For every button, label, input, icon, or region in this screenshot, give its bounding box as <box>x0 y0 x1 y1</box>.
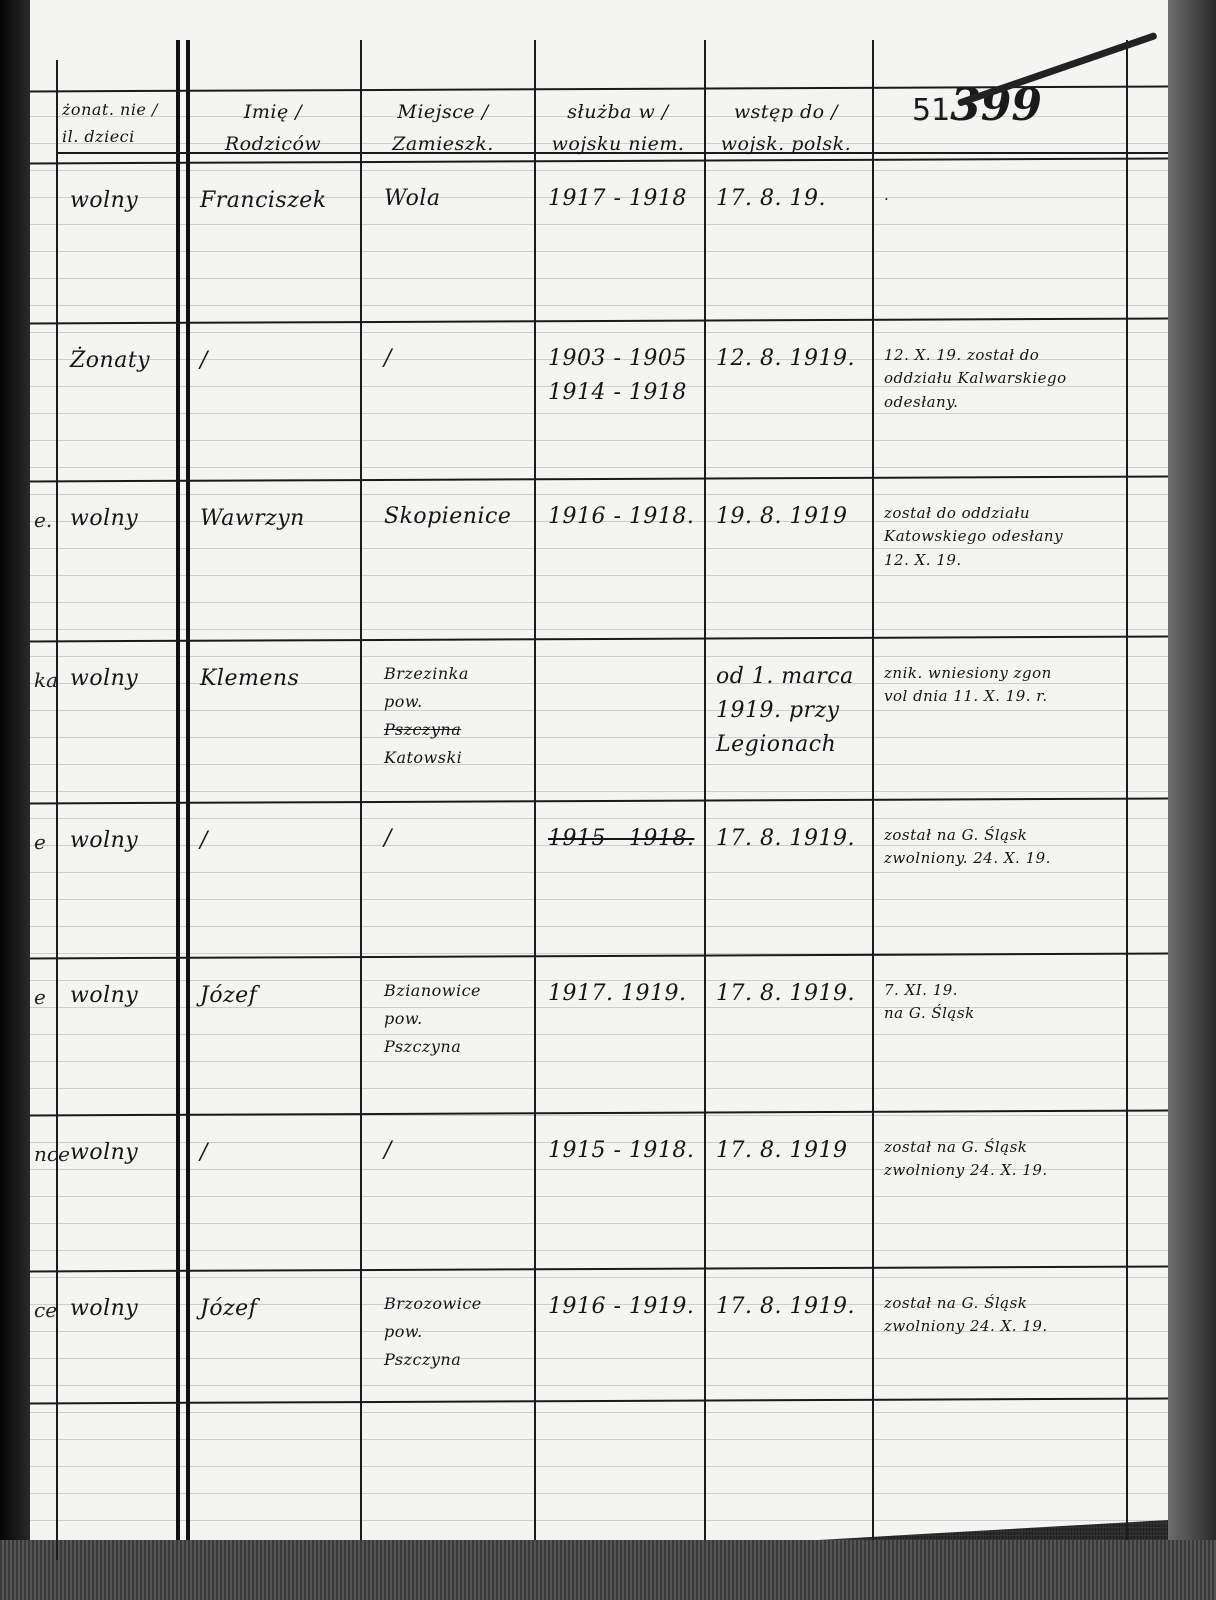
residence-line: / <box>384 1134 532 1168</box>
remarks-line: znik. wniesiony zgon <box>884 662 1124 685</box>
polish-enlistment-line: 17. 8. 1919 <box>716 1134 868 1168</box>
marital-status: wolny <box>70 1292 174 1326</box>
remarks: został na G. Śląskzwolniony. 24. X. 19. <box>884 824 1124 871</box>
polish-enlistment-line: od 1. marca <box>716 660 868 694</box>
polish-enlistment: 17. 8. 19. <box>716 182 868 216</box>
remarks: został na G. Śląskzwolniony 24. X. 19. <box>884 1292 1124 1339</box>
residence-line: Bzianowice <box>384 977 532 1005</box>
left-margin-fragment: e. <box>34 508 52 532</box>
remarks: 12. X. 19. został dooddziału Kalwarskieg… <box>884 344 1124 414</box>
remarks: został do oddziałuKatowskiego odesłany12… <box>884 502 1124 572</box>
parent-name-line: Wawrzyn <box>200 502 356 536</box>
polish-enlistment: 19. 8. 1919 <box>716 500 868 534</box>
register-page <box>30 0 1168 1585</box>
marital-status-line: wolny <box>70 979 174 1013</box>
polish-enlistment: 17. 8. 1919. <box>716 977 868 1011</box>
german-service-line: 1917. 1919. <box>548 977 698 1011</box>
remarks: znik. wniesiony zgonvol dnia 11. X. 19. … <box>884 662 1124 709</box>
marital-status: wolny <box>70 502 174 536</box>
marital-status: Żonaty <box>70 344 174 378</box>
residence-line: Brzozowice <box>384 1290 532 1318</box>
marital-status-line: wolny <box>70 1292 174 1326</box>
residence-line: Pszczyna <box>384 1346 532 1374</box>
parent-name: Józef <box>200 1292 356 1326</box>
german-service-line: 1916 - 1919. <box>548 1290 698 1324</box>
scan-left-shadow <box>0 0 30 1600</box>
page-number-old: 51 <box>912 93 950 128</box>
marital-status: wolny <box>70 662 174 696</box>
remarks-line: vol dnia 11. X. 19. r. <box>884 685 1124 708</box>
remarks-line: na G. Śląsk <box>884 1002 1124 1025</box>
residence: / <box>384 342 532 376</box>
scan-right-edge <box>1168 0 1216 1600</box>
residence-line: Pszczyna <box>384 716 532 744</box>
remarks-line: został na G. Śląsk <box>884 1136 1124 1159</box>
residence-line: Skopienice <box>384 500 532 534</box>
residence-line: / <box>384 342 532 376</box>
header-polish-enlistment: wstęp do / wojsk. polsk. <box>706 96 866 161</box>
polish-enlistment-line: 17. 8. 1919. <box>716 1290 868 1324</box>
column-rule <box>872 40 874 1540</box>
marital-status-line: Żonaty <box>70 344 174 378</box>
german-service-line: 1916 - 1918. <box>548 500 698 534</box>
left-margin-fragment: ce <box>34 1298 57 1322</box>
german-service: 1915 - 1918. <box>548 822 698 856</box>
marital-status: wolny <box>70 1136 174 1170</box>
header-marital-status: żonat. nie / il. dzieci <box>62 96 174 150</box>
polish-enlistment: 17. 8. 1919 <box>716 1134 868 1168</box>
remarks-line: Katowskiego odesłany <box>884 525 1124 548</box>
german-service-line: 1914 - 1918 <box>548 376 698 410</box>
polish-enlistment: 17. 8. 1919. <box>716 822 868 856</box>
remarks: został na G. Śląskzwolniony 24. X. 19. <box>884 1136 1124 1183</box>
remarks-line: został na G. Śląsk <box>884 824 1124 847</box>
german-service-line: 1915 - 1918. <box>548 1134 698 1168</box>
header-residence: Miejsce / Zamieszk. <box>362 96 524 161</box>
remarks-line: 7. XI. 19. <box>884 979 1124 1002</box>
parent-name-line: / <box>200 824 356 858</box>
residence: / <box>384 822 532 856</box>
residence-line: pow. <box>384 688 532 716</box>
german-service-line: 1915 - 1918. <box>548 822 698 856</box>
remarks: 7. XI. 19.na G. Śląsk <box>884 979 1124 1026</box>
residence-line: Pszczyna <box>384 1033 532 1061</box>
german-service: 1915 - 1918. <box>548 1134 698 1168</box>
left-margin-fragment: e <box>34 985 46 1009</box>
marital-status: wolny <box>70 979 174 1013</box>
polish-enlistment: 17. 8. 1919. <box>716 1290 868 1324</box>
german-service-line: 1903 - 1905 <box>548 342 698 376</box>
residence: Brzezinkapow.PszczynaKatowski <box>384 660 532 772</box>
column-rule <box>186 40 190 1540</box>
column-rule <box>534 40 536 1540</box>
residence: Bzianowicepow.Pszczyna <box>384 977 532 1061</box>
header-german-service: służba w / wojsku niem. <box>538 96 698 161</box>
parent-name: Józef <box>200 979 356 1013</box>
residence-line: pow. <box>384 1318 532 1346</box>
remarks-line: odesłany. <box>884 391 1124 414</box>
polish-enlistment-line: 17. 8. 1919. <box>716 822 868 856</box>
column-rule <box>704 40 706 1540</box>
marital-status-line: wolny <box>70 184 174 218</box>
remarks-line: zwolniony 24. X. 19. <box>884 1315 1124 1338</box>
remarks-line: został na G. Śląsk <box>884 1292 1124 1315</box>
german-service: 1903 - 19051914 - 1918 <box>548 342 698 410</box>
parent-name: / <box>200 344 356 378</box>
parent-name-line: Józef <box>200 979 356 1013</box>
residence: / <box>384 1134 532 1168</box>
column-rule <box>360 40 362 1540</box>
marital-status-line: wolny <box>70 502 174 536</box>
polish-enlistment: od 1. marca1919. przyLegionach <box>716 660 868 762</box>
remarks-line: został do oddziału <box>884 502 1124 525</box>
polish-enlistment-line: 1919. przy <box>716 694 868 728</box>
polish-enlistment-line: 19. 8. 1919 <box>716 500 868 534</box>
german-service: 1916 - 1918. <box>548 500 698 534</box>
polish-enlistment: 12. 8. 1919. <box>716 342 868 376</box>
german-service: 1917. 1919. <box>548 977 698 1011</box>
residence: Wola <box>384 182 532 216</box>
german-service: 1917 - 1918 <box>548 182 698 216</box>
column-rule <box>56 60 58 1560</box>
marital-status-line: wolny <box>70 662 174 696</box>
residence: Skopienice <box>384 500 532 534</box>
residence-line: / <box>384 822 532 856</box>
parent-name: Wawrzyn <box>200 502 356 536</box>
parent-name: Franciszek <box>200 184 356 218</box>
parent-name-line: Józef <box>200 1292 356 1326</box>
parent-name-line: / <box>200 1136 356 1170</box>
remarks-line: oddziału Kalwarskiego <box>884 367 1124 390</box>
remarks-line: 12. X. 19. został do <box>884 344 1124 367</box>
column-rule <box>1126 40 1128 1540</box>
header-parents-names: Imię / Rodziców <box>198 96 348 161</box>
german-service: 1916 - 1919. <box>548 1290 698 1324</box>
marital-status-line: wolny <box>70 1136 174 1170</box>
polish-enlistment-line: 17. 8. 19. <box>716 182 868 216</box>
residence: Brzozowicepow.Pszczyna <box>384 1290 532 1374</box>
residence-line: Brzezinka <box>384 660 532 688</box>
parent-name-line: / <box>200 344 356 378</box>
marital-status-line: wolny <box>70 824 174 858</box>
polish-enlistment-line: Legionach <box>716 728 868 762</box>
page-number: 51399 <box>912 80 1042 131</box>
column-rule <box>176 40 180 1540</box>
left-margin-fragment: e <box>34 830 46 854</box>
german-service-line: 1917 - 1918 <box>548 182 698 216</box>
parent-name-line: Franciszek <box>200 184 356 218</box>
left-margin-fragment: nce <box>34 1142 70 1166</box>
scan-bottom-edge <box>0 1540 1216 1600</box>
remarks-line: zwolniony. 24. X. 19. <box>884 847 1124 870</box>
left-margin-fragment: ka <box>34 668 58 692</box>
parent-name: / <box>200 1136 356 1170</box>
parent-name: Klemens <box>200 662 356 696</box>
polish-enlistment-line: 17. 8. 1919. <box>716 977 868 1011</box>
marital-status: wolny <box>70 824 174 858</box>
parent-name: / <box>200 824 356 858</box>
remarks-line: zwolniony 24. X. 19. <box>884 1159 1124 1182</box>
residence-line: Katowski <box>384 744 532 772</box>
polish-enlistment-line: 12. 8. 1919. <box>716 342 868 376</box>
residence-line: Wola <box>384 182 532 216</box>
remarks-line: . <box>884 184 1124 207</box>
remarks-line: 12. X. 19. <box>884 549 1124 572</box>
remarks: . <box>884 184 1124 207</box>
parent-name-line: Klemens <box>200 662 356 696</box>
marital-status: wolny <box>70 184 174 218</box>
residence-line: pow. <box>384 1005 532 1033</box>
